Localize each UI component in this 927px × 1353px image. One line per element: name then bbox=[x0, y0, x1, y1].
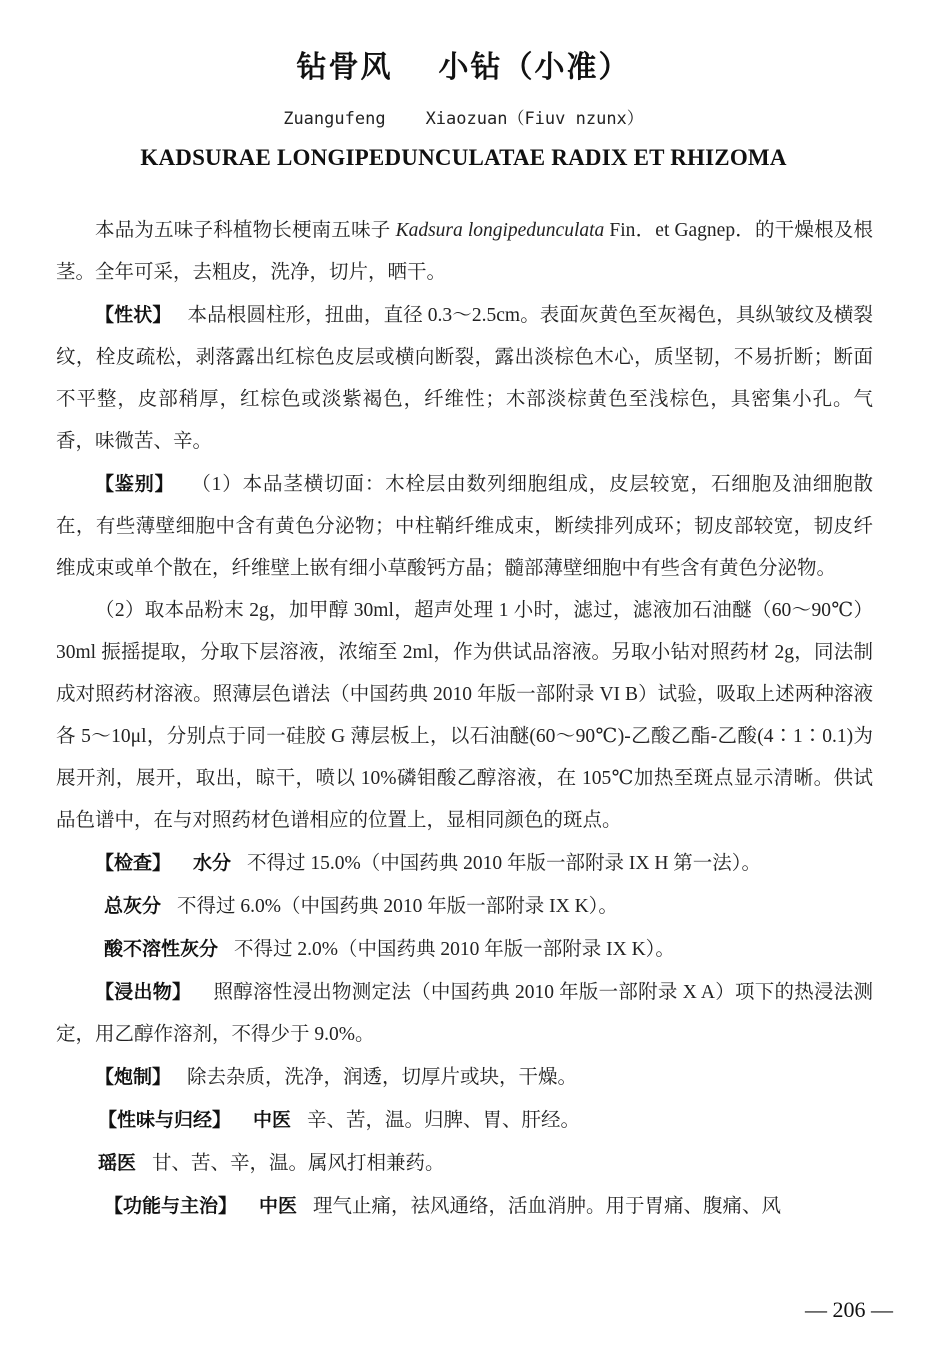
page-title: 钻骨风小钻（小准） bbox=[0, 42, 927, 86]
check-acid-insoluble-ash: 酸不溶性灰分不得过 2.0%（中国药典 2010 年版一部附录 IX K）。 bbox=[56, 928, 873, 971]
section-text: 除去杂质，洗净，润透，切厚片或块，干燥。 bbox=[187, 1067, 577, 1088]
pinyin-alt: Xiaozuan（Fiuv nzunx） bbox=[426, 109, 644, 129]
section-heading: 【炮制】 bbox=[95, 1066, 171, 1088]
section-heading: 【检查】 bbox=[95, 852, 171, 874]
check-total-ash: 总灰分不得过 6.0%（中国药典 2010 年版一部附录 IX K）。 bbox=[56, 885, 873, 928]
check-label: 总灰分 bbox=[104, 895, 161, 917]
section-gongneng: 【功能与主治】中医理气止痛，祛风通络，活血消肿。用于胃痛、腹痛、风 bbox=[56, 1185, 873, 1228]
pinyin-subtitle: ZuangufengXiaozuan（Fiuv nzunx） bbox=[0, 104, 927, 129]
tcm-text: 理气止痛，祛风通络，活血消肿。用于胃痛、腹痛、风 bbox=[313, 1196, 781, 1217]
section-heading: 【浸出物】 bbox=[95, 981, 191, 1003]
section-heading: 【性状】 bbox=[95, 304, 171, 326]
title-alt: 小钻（小准） bbox=[439, 50, 631, 85]
intro-paragraph: 本品为五味子科植物长梗南五味子 Kadsura longipedunculata… bbox=[56, 210, 873, 294]
yao-medicine-line: 瑶医甘、苦、辛，温。属风打相兼药。 bbox=[56, 1142, 873, 1185]
species-authority: Fin．et Gagnep． bbox=[604, 220, 755, 241]
latin-name: KADSURAE LONGIPEDUNCULATAE RADIX ET RHIZ… bbox=[0, 145, 927, 171]
intro-text: 本品为五味子科植物长梗南五味子 bbox=[95, 220, 390, 241]
section-paozhi: 【炮制】除去杂质，洗净，润透，切厚片或块，干燥。 bbox=[56, 1056, 873, 1099]
section-xingwei: 【性味与归经】中医辛、苦，温。归脾、胃、肝经。 bbox=[56, 1099, 873, 1142]
section-heading: 【性味与归经】 bbox=[98, 1109, 231, 1131]
tcm-label: 中医 bbox=[259, 1195, 297, 1217]
section-jinchuwu: 【浸出物】照醇溶性浸出物测定法（中国药典 2010 年版一部附录 X A）项下的… bbox=[56, 971, 873, 1056]
page-number: — 206 — bbox=[805, 1297, 893, 1323]
section-jianbie: 【鉴别】（1）本品茎横切面：木栓层由数列细胞组成，皮层较宽，石细胞及油细胞散在，… bbox=[56, 463, 873, 590]
check-label: 酸不溶性灰分 bbox=[104, 938, 218, 960]
title-main: 钻骨风 bbox=[297, 50, 393, 85]
section-text: （1）本品茎横切面：木栓层由数列细胞组成，皮层较宽，石细胞及油细胞散在，有些薄壁… bbox=[56, 474, 873, 579]
section-text: 本品根圆柱形，扭曲，直径 0.3～2.5cm。表面灰黄色至灰褐色，具纵皱纹及横裂… bbox=[56, 305, 873, 452]
section-jiancha: 【检查】水分不得过 15.0%（中国药典 2010 年版一部附录 IX H 第一… bbox=[56, 842, 873, 885]
monograph-body: 本品为五味子科植物长梗南五味子 Kadsura longipedunculata… bbox=[56, 210, 873, 1228]
document-page: 钻骨风小钻（小准） ZuangufengXiaozuan（Fiuv nzunx）… bbox=[0, 0, 927, 1353]
yao-label: 瑶医 bbox=[98, 1152, 136, 1174]
section-text: （2）取本品粉末 2g，加甲醇 30ml，超声处理 1 小时，滤过，滤液加石油醚… bbox=[56, 600, 873, 831]
check-text: 不得过 6.0%（中国药典 2010 年版一部附录 IX K）。 bbox=[177, 896, 618, 917]
section-heading: 【鉴别】 bbox=[95, 473, 174, 495]
check-text: 不得过 2.0%（中国药典 2010 年版一部附录 IX K）。 bbox=[234, 939, 675, 960]
species-name: Kadsura longipedunculata bbox=[396, 220, 605, 241]
pinyin-main: Zuangufeng bbox=[283, 109, 385, 129]
check-label: 水分 bbox=[193, 852, 231, 874]
section-xingzhuang: 【性状】本品根圆柱形，扭曲，直径 0.3～2.5cm。表面灰黄色至灰褐色，具纵皱… bbox=[56, 294, 873, 463]
section-jianbie-part2: （2）取本品粉末 2g，加甲醇 30ml，超声处理 1 小时，滤过，滤液加石油醚… bbox=[56, 590, 873, 842]
yao-text: 甘、苦、辛，温。属风打相兼药。 bbox=[152, 1153, 445, 1174]
tcm-text: 辛、苦，温。归脾、胃、肝经。 bbox=[307, 1110, 580, 1131]
section-heading: 【功能与主治】 bbox=[104, 1195, 237, 1217]
tcm-label: 中医 bbox=[253, 1109, 291, 1131]
check-text: 不得过 15.0%（中国药典 2010 年版一部附录 IX H 第一法）。 bbox=[247, 853, 761, 874]
